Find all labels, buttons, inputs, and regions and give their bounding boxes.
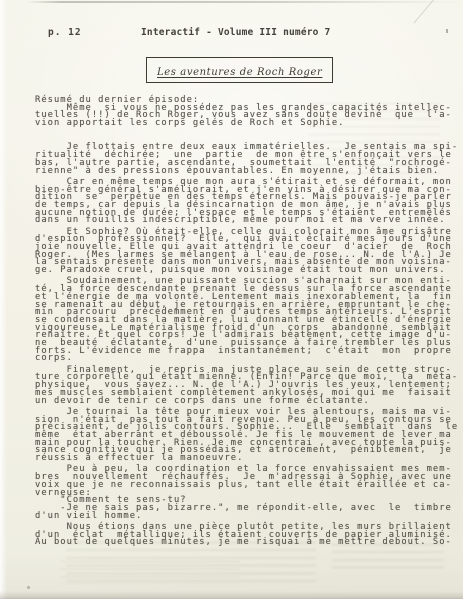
scan-left-edge-highlight (0, 0, 7, 599)
scan-speck (446, 29, 448, 33)
scan-speck (27, 586, 30, 589)
story-title-box: Les aventures de Roch Roger (146, 57, 333, 83)
story-paragraph: Je flottais entre deux eaux immatérielle… (35, 144, 457, 175)
story-body: Résumé du dernier épisode: Même si vous … (35, 97, 457, 547)
story-paragraph: Peu à peu, la coordination et la force e… (35, 466, 457, 520)
story-paragraph: Nous étions dans une pièce plutôt petite… (35, 524, 457, 547)
ink-bleed-through (60, 560, 240, 584)
story-paragraph-resume: Résumé du dernier épisode: Même si vous … (35, 97, 457, 128)
scan-bottom-edge-shadow (0, 591, 463, 599)
page-number: p. 12 (48, 27, 82, 38)
story-paragraph: Et Sophie? Où était-elle, celle qui colo… (35, 229, 457, 275)
ink-bleed-through (332, 543, 444, 573)
story-paragraph: Finalement, je repris ma juste place au … (35, 367, 457, 406)
story-title: Les aventures de Roch Roger (157, 67, 322, 78)
story-paragraph: Soudainement, une puissante succion s'ac… (35, 278, 457, 363)
scan-top-edge-line (26, 1, 463, 3)
document-title: Interactif - Volume III numéro 7 (141, 27, 330, 38)
story-paragraph: Car en même temps que mon aura s'étirait… (35, 179, 457, 225)
scanned-page: p. 12 Interactif - Volume III numéro 7 L… (0, 0, 463, 599)
scan-corner-fold-mark (413, 0, 463, 57)
story-paragraph: Je tournai la tête pour mieux voir les a… (35, 409, 457, 463)
